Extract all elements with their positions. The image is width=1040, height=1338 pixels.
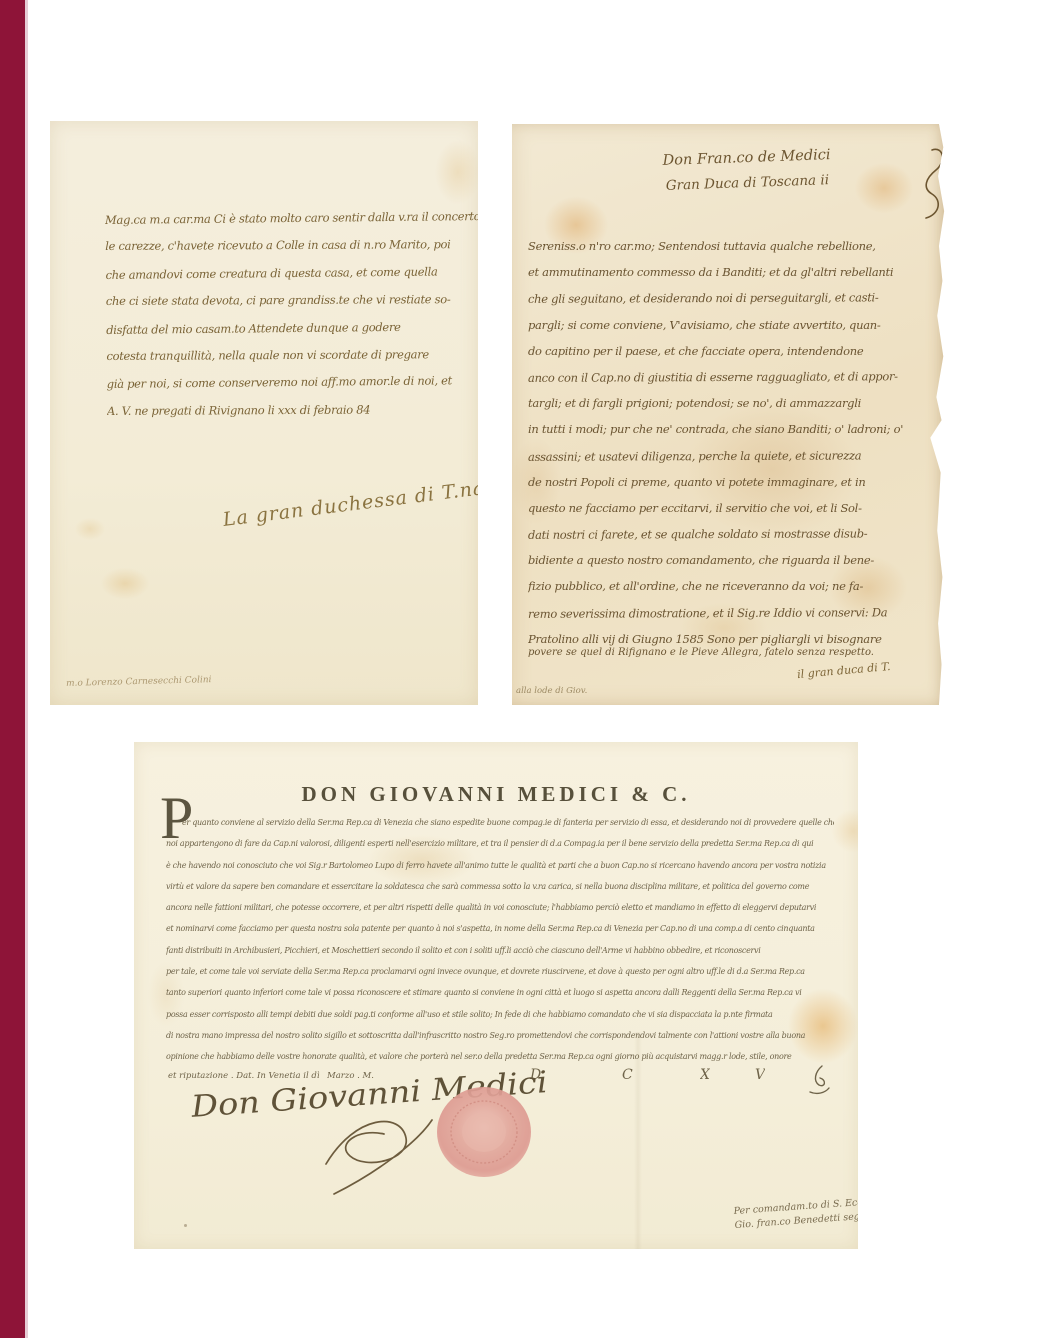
handwritten-line: do capitino per il paese, et che facciat… [528,338,933,364]
scanned-book-page: Mag.ca m.a car.ma Ci è stato molto caro … [0,0,1040,1338]
handwritten-line: cotesta tranquillità, nella quale non vi… [106,341,478,370]
archival-note: m.o Lorenzo Carnesecchi Colini [66,675,212,689]
handwritten-line: remo severissima dimostratione, et il Si… [528,599,933,627]
date-flourish-icon [806,1063,832,1100]
signature-grand-duke: il gran duca di T. [797,660,891,681]
handwritten-line: fanti distribuiti in Archibusieri, Picch… [166,940,834,961]
handwritten-line: possa esser corrisposto alli tempi debit… [166,1004,834,1025]
roman-numeral-x: X [700,1067,710,1083]
handwritten-line: noi appartengono di fare da Cap.ni valor… [166,833,834,854]
handwritten-line: Sereniss.o n'ro car.mo; Sentendosi tutta… [528,233,933,259]
letter-body: Sereniss.o n'ro car.mo; Sentendosi tutta… [528,233,933,652]
wax-seal [434,1084,534,1188]
heading-sender-title: Gran Duca di Toscana ii [622,171,872,196]
handwritten-line: di nostra mano impressa del nostro solit… [166,1025,834,1046]
handwritten-line: che gli seguitano, et desiderando noi di… [528,284,933,312]
handwritten-line: dati nostri ci farete, et se qualche sol… [528,520,933,548]
handwritten-line: le carezze, c'havete ricevuto a Colle in… [105,231,478,260]
letter-heading: Don Fran.co de Medici Gran Duca di Tosca… [621,146,872,196]
handwritten-line: targli; et di fargli prigioni; potendosi… [528,390,933,416]
handwritten-line: er quanto conviene al servizio della Ser… [166,812,834,833]
handwritten-line: virtù et valore da sapere ben comandare … [166,876,834,897]
patent-don-giovanni: DON GIOVANNI MEDICI & C. P er quanto con… [134,742,858,1249]
handwritten-line: A. V. ne pregati di Rivignano li xxx di … [107,396,478,425]
postscript-line: povere se quel di Rifignano e le Pieve A… [528,647,874,658]
handwritten-line: disfatta del mio casam.to Attendete dunq… [106,313,478,344]
handwritten-line: et nominarvi come facciamo per questa no… [166,918,834,939]
date-prefix: et riputazione . Dat. In Venetia il dì [168,1071,320,1081]
ink-speck [184,1224,187,1227]
handwritten-line: che amandovi come creatura di questa cas… [105,258,478,289]
secretary-note: Per comandam.to di S. Ecc.zaGio. fran.co… [733,1195,858,1232]
roman-numeral-v: V [755,1067,765,1083]
roman-numeral-c: C [622,1067,633,1083]
handwritten-line: pargli; si come conviene, V'avisiamo, ch… [528,312,933,338]
handwritten-line: bidiente a questo nostro comandamento, c… [528,547,933,573]
handwritten-line: opinione che habbiamo delle vostre honor… [166,1046,834,1067]
letter-grand-duchess: Mag.ca m.a car.ma Ci è stato molto caro … [50,121,478,705]
handwritten-line: assassini; et usatevi diligenza, perche … [528,442,933,470]
handwritten-line: è che havendo noi conosciuto che voi Sig… [166,855,834,876]
paper-stain [68,513,112,545]
patent-body: er quanto conviene al servizio della Ser… [166,812,834,1068]
handwritten-line: de nostri Popoli ci preme, quanto vi pot… [528,469,933,495]
handwritten-line: questo ne facciamo per eccitarvi, il ser… [528,495,933,521]
left-accent-bar [0,0,28,1338]
handwritten-line: in tutti i modi; pur che ne' contrada, c… [528,416,933,442]
handwritten-line: già per noi, si come conserveremo noi af… [107,367,478,398]
patent-title: DON GIOVANNI MEDICI & C. [134,782,858,807]
flourish-icon [910,144,945,228]
handwritten-line: Mag.ca m.a car.ma Ci è stato molto caro … [105,203,478,234]
handwritten-line: tanto superiori quanto inferiori come ta… [166,982,834,1003]
handwritten-line: fizio pubblico, et all'ordine, che ne ri… [528,573,933,599]
paper-stain [90,561,160,606]
handwritten-line: per tale, et come tale voi serviate dell… [166,961,834,982]
handwritten-line: che ci siete stata devota, ci pare grand… [106,286,478,315]
letter-don-francesco: Don Fran.co de Medici Gran Duca di Tosca… [512,124,945,705]
archival-note: alla lode di Giov. [516,686,587,696]
handwritten-line: et ammutinamento commesso da i Banditi; … [528,259,933,285]
heading-sender-name: Don Fran.co de Medici [621,146,871,171]
signature-paraph-icon [304,1102,454,1211]
letter-body: Mag.ca m.a car.ma Ci è stato molto caro … [105,203,478,426]
handwritten-line: ancora nelle fattioni militari, che pote… [166,897,834,918]
handwritten-line: anco con il Cap.no di giustitia di esser… [528,363,933,391]
signature-grand-duchess: La gran duchessa di T.na [222,477,478,531]
